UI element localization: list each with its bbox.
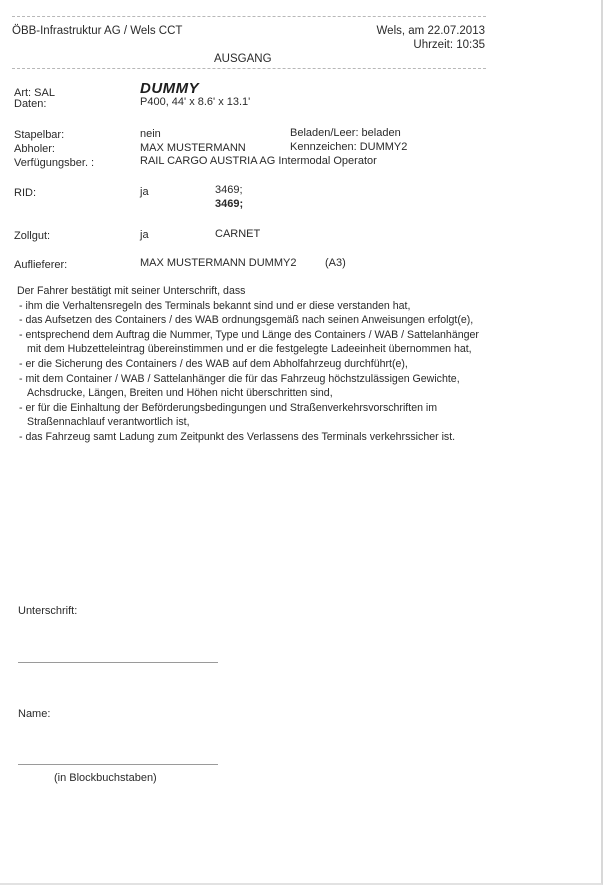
zollgut-value: ja (140, 229, 149, 242)
header-divider (12, 68, 486, 69)
daten-label: Daten: (14, 98, 46, 111)
rid-number-1: 3469; (215, 184, 243, 197)
company-name: ÖBB-Infrastruktur AG / Wels CCT (12, 25, 182, 37)
name-line (18, 764, 218, 765)
statement-line: mit dem Hubzetteleintrag übereinstimmen … (17, 342, 487, 357)
verfuegung-label: Verfügungsber. : (14, 157, 94, 170)
statement-line: - ihm die Verhaltensregeln des Terminals… (17, 299, 487, 314)
rid-number-2: 3469; (215, 198, 243, 211)
statement-line: Achsdrucke, Längen, Breiten und Höhen ni… (17, 386, 487, 401)
signature-label: Unterschrift: (18, 605, 77, 618)
place-date: Wels, am 22.07.2013 (377, 25, 485, 37)
statement-line: - mit dem Container / WAB / Sattelanhäng… (17, 372, 487, 387)
statement-line: - das Aufsetzen des Containers / des WAB… (17, 313, 487, 328)
stapelbar-value: nein (140, 128, 161, 141)
top-divider (12, 16, 486, 17)
statement-line: Straßennachlauf verantwortlich ist, (17, 415, 487, 430)
statement-line: - er die Sicherung des Containers / des … (17, 357, 487, 372)
beladen-status: Beladen/Leer: beladen (290, 127, 401, 140)
abholer-value: MAX MUSTERMANN (140, 142, 246, 155)
abholer-label: Abholer: (14, 143, 55, 156)
verfuegung-value: RAIL CARGO AUSTRIA AG Intermodal Operato… (140, 155, 377, 168)
statement-intro: Der Fahrer bestätigt mit seiner Untersch… (17, 284, 487, 299)
statement-line: - das Fahrzeug samt Ladung zum Zeitpunkt… (17, 430, 487, 445)
document-title: AUSGANG (214, 53, 272, 65)
name-label: Name: (18, 708, 50, 721)
auflieferer-code: (A3) (325, 257, 346, 270)
name-hint: (in Blockbuchstaben) (54, 772, 157, 785)
auflieferer-label: Auflieferer: (14, 259, 67, 272)
rid-label: RID: (14, 187, 36, 200)
time: Uhrzeit: 10:35 (413, 39, 485, 51)
zollgut-label: Zollgut: (14, 230, 50, 243)
statement-line: - er für die Einhaltung der Beförderungs… (17, 401, 487, 416)
kennzeichen: Kennzeichen: DUMMY2 (290, 141, 407, 154)
signature-line (18, 662, 218, 663)
art-value: DUMMY (140, 80, 199, 97)
daten-value: P400, 44' x 8.6' x 13.1' (140, 96, 250, 109)
auflieferer-value: MAX MUSTERMANN DUMMY2 (140, 257, 296, 270)
document-page: ÖBB-Infrastruktur AG / Wels CCT Wels, am… (0, 0, 603, 885)
driver-statement: Der Fahrer bestätigt mit seiner Untersch… (17, 284, 487, 445)
stapelbar-label: Stapelbar: (14, 129, 64, 142)
rid-value: ja (140, 186, 149, 199)
statement-line: - entsprechend dem Auftrag die Nummer, T… (17, 328, 487, 343)
zollgut-document: CARNET (215, 228, 260, 241)
